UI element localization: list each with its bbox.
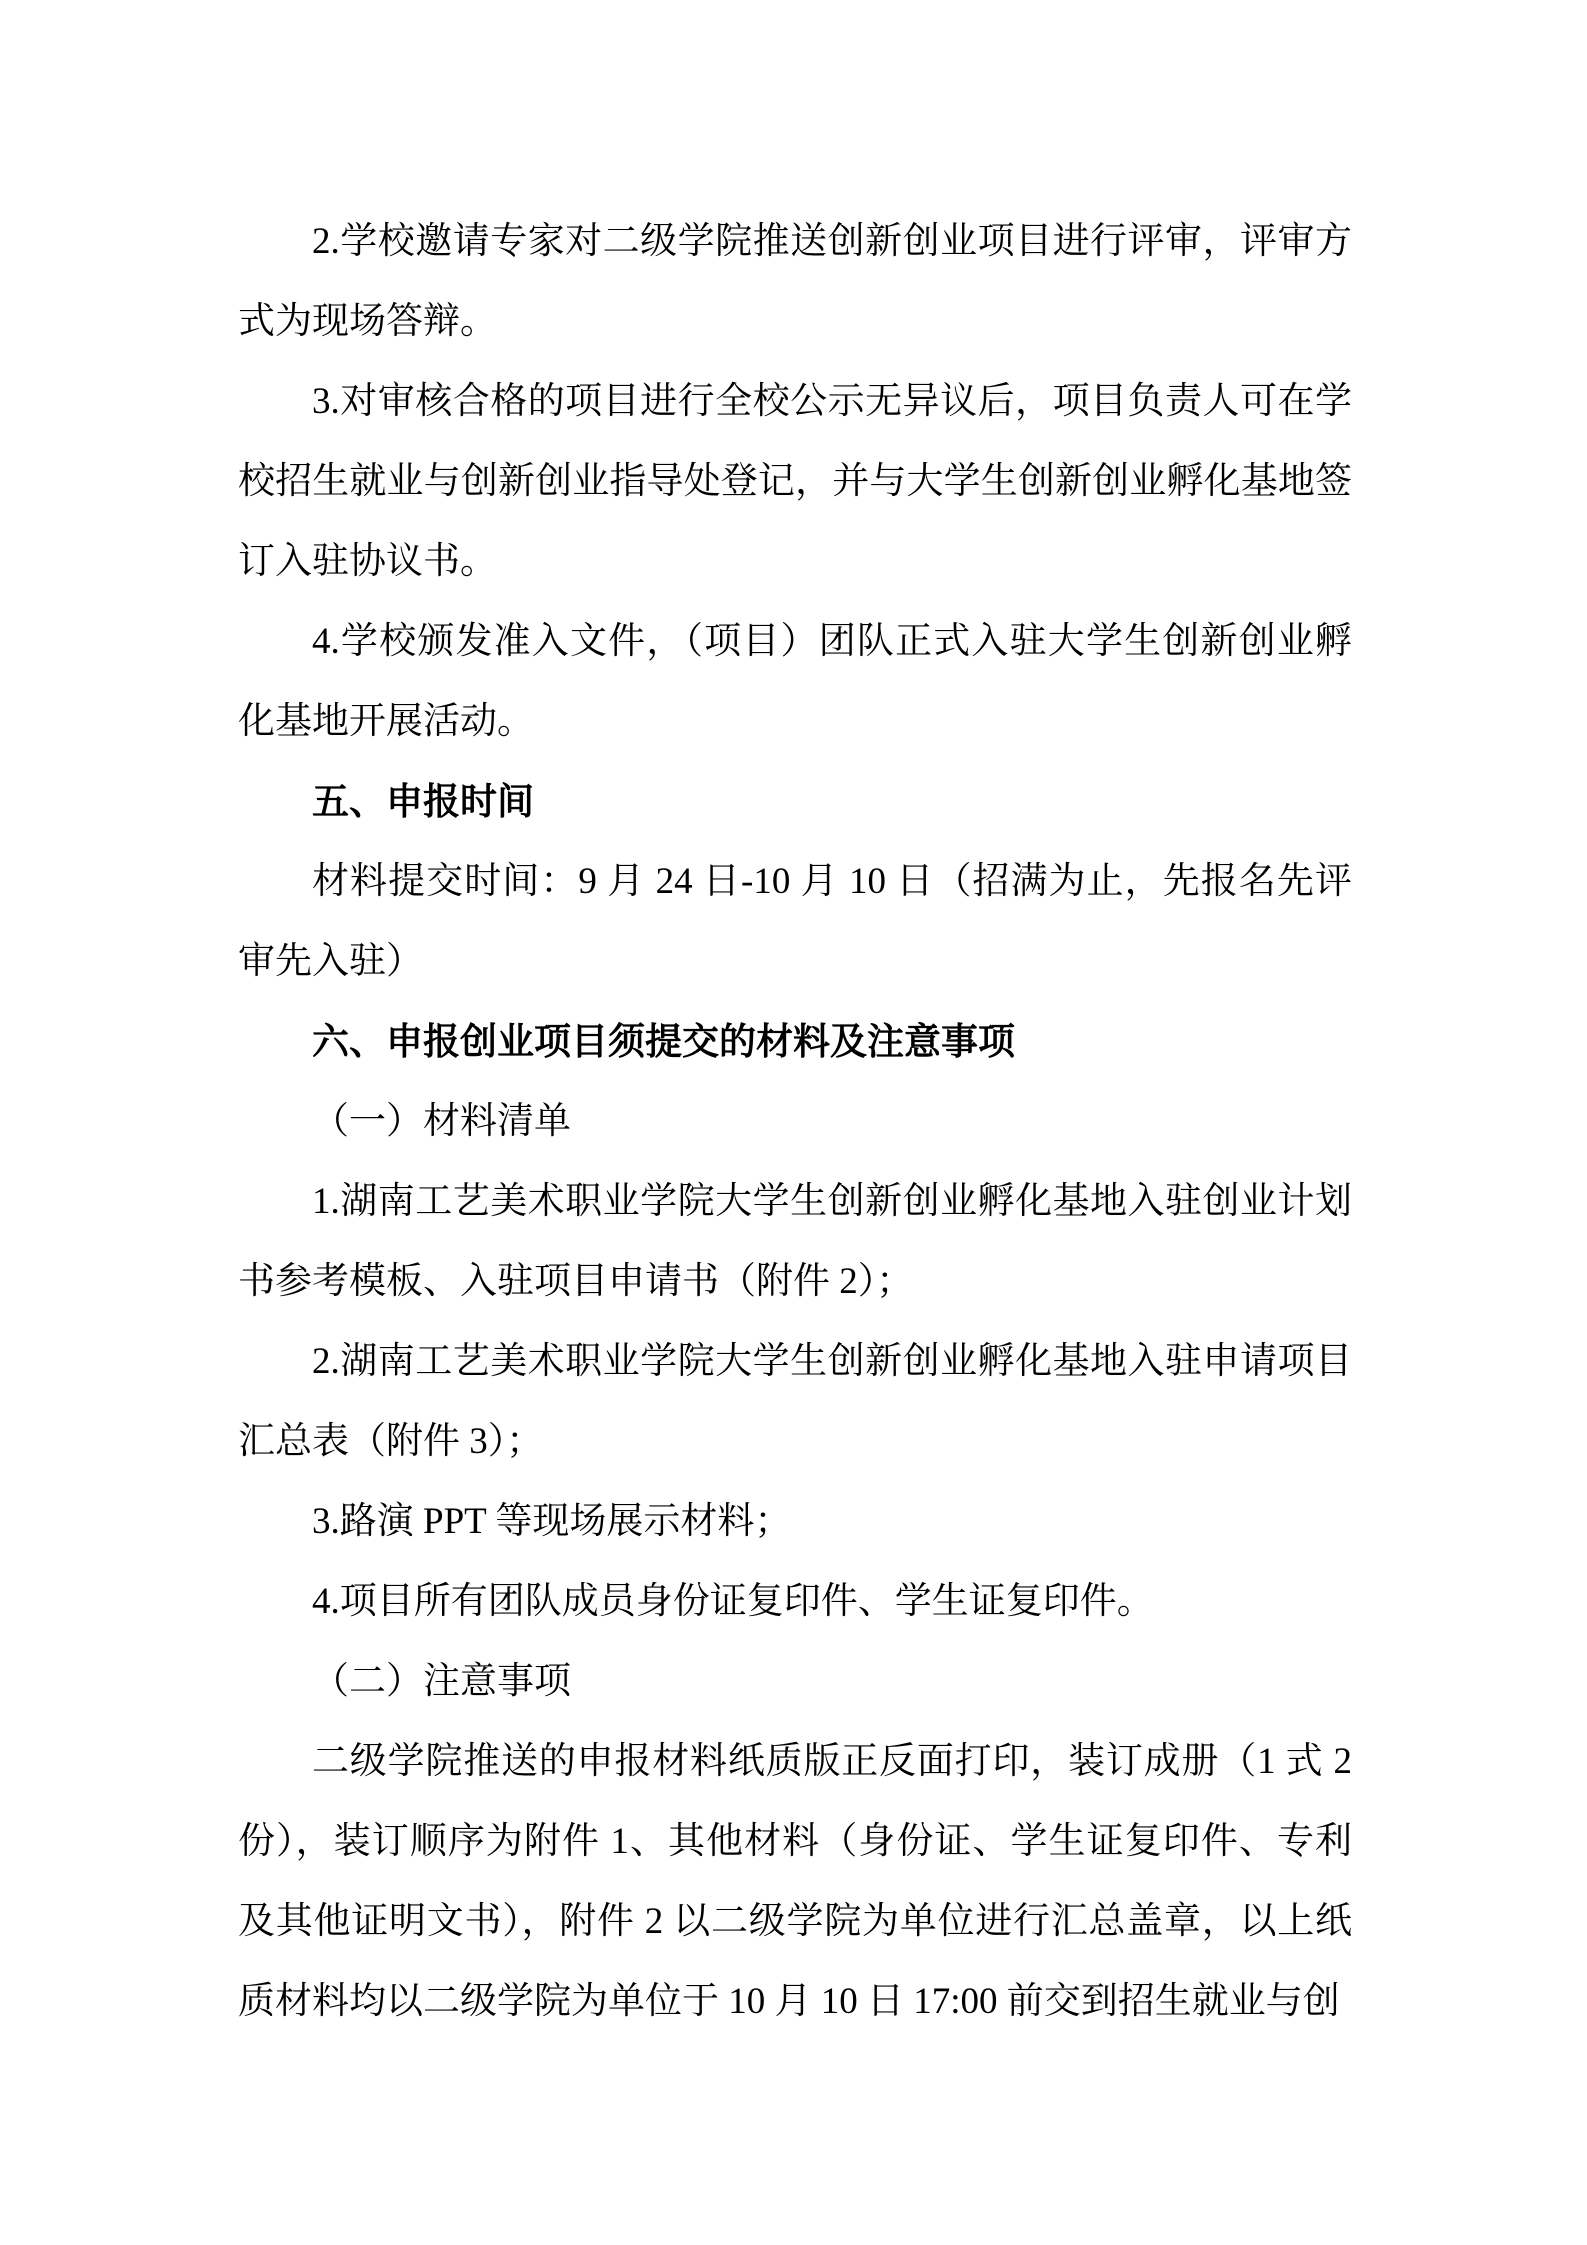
body-paragraph: （一）材料清单 xyxy=(238,1082,1352,1162)
document-content: 2.学校邀请专家对二级学院推送创新创业项目进行评审，评审方式为现场答辩。3.对审… xyxy=(238,202,1352,2042)
body-paragraph: 材料提交时间：9 月 24 日-10 月 10 日（招满为止，先报名先评审先入驻… xyxy=(238,842,1352,1002)
section-heading: 五、申报时间 xyxy=(238,762,1352,842)
body-paragraph: 3.对审核合格的项目进行全校公示无异议后，项目负责人可在学校招生就业与创新创业指… xyxy=(238,362,1352,602)
body-paragraph: （二）注意事项 xyxy=(238,1642,1352,1722)
body-paragraph: 1.湖南工艺美术职业学院大学生创新创业孵化基地入驻创业计划书参考模板、入驻项目申… xyxy=(238,1162,1352,1322)
body-paragraph: 二级学院推送的申报材料纸质版正反面打印，装订成册（1 式 2 份），装订顺序为附… xyxy=(238,1722,1352,2042)
body-paragraph: 2.学校邀请专家对二级学院推送创新创业项目进行评审，评审方式为现场答辩。 xyxy=(238,202,1352,362)
section-heading: 六、申报创业项目须提交的材料及注意事项 xyxy=(238,1002,1352,1082)
body-paragraph: 2.湖南工艺美术职业学院大学生创新创业孵化基地入驻申请项目汇总表（附件 3）； xyxy=(238,1322,1352,1482)
document-page: 2.学校邀请专家对二级学院推送创新创业项目进行评审，评审方式为现场答辩。3.对审… xyxy=(0,0,1587,2245)
body-paragraph: 3.路演 PPT 等现场展示材料； xyxy=(238,1482,1352,1562)
body-paragraph: 4.项目所有团队成员身份证复印件、学生证复印件。 xyxy=(238,1562,1352,1642)
body-paragraph: 4.学校颁发准入文件，（项目）团队正式入驻大学生创新创业孵化基地开展活动。 xyxy=(238,602,1352,762)
